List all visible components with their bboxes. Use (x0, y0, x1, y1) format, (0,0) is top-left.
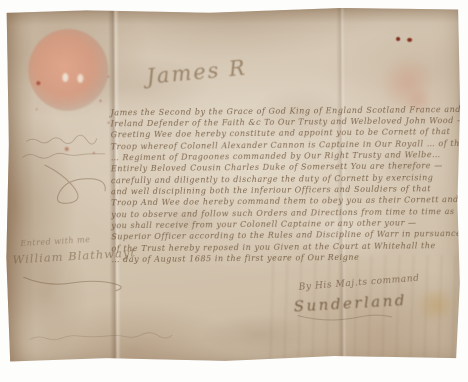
body-text-line: of the Trust hereby reposed in you Given… (111, 241, 435, 253)
signature-flourish (24, 277, 122, 292)
wax-seal (28, 29, 108, 111)
darkened-top-edge (4, 7, 460, 26)
parchment-document: James R James the Second by the Grace of… (4, 7, 462, 365)
body-text-line: and well disciplining both the inferiour… (111, 184, 431, 196)
body-text-line: Greeting Wee doe hereby constitute and a… (111, 127, 451, 139)
red-ink-spot (396, 37, 400, 41)
document-photograph: James R James the Second by the Grace of… (0, 0, 468, 382)
body-text-line: Superior Officer according to the Rules … (111, 229, 461, 241)
red-ink-spot (407, 38, 412, 42)
docket-scrawl (30, 333, 172, 340)
clerk-paraph (45, 165, 105, 204)
body-text-line: carefully and diligently to discharge th… (111, 173, 434, 185)
body-text-line: Entirely Beloved Cousin Charles Duke of … (111, 161, 443, 173)
body-text-line: … Regiment of Dragoones commanded by Our… (111, 150, 441, 162)
body-text-line: Troop And Wee doe hereby command them to… (111, 195, 459, 207)
faint-annotation-scrawl (27, 135, 97, 144)
royal-signature: James R (145, 56, 247, 89)
body-text-line: you shall receive from your Colonell Cap… (111, 218, 416, 230)
faint-annotation-scrawl (23, 153, 105, 158)
